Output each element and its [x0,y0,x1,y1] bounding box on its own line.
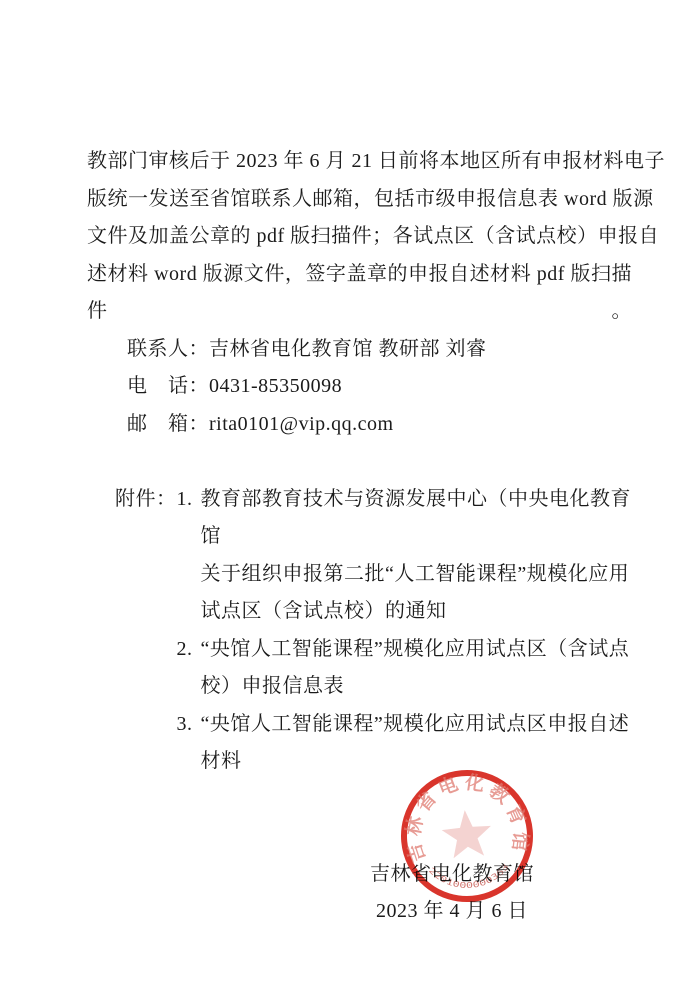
signature-date: 2023 年 4 月 6 日 [332,893,572,931]
paragraph-line-4: 述材料 word 版源文件，签字盖章的申报自述材料 pdf 版扫描件。 [87,256,632,331]
signature-org: 吉林省电化教育馆 [332,856,572,894]
attachment-item-2: 2. “央馆人工智能课程”规模化应用试点区（含试点 校）申报信息表 [177,631,633,706]
attachment-number: 2. [177,631,201,669]
attachment-3-line-2: 材料 [201,743,633,781]
body-paragraph: 教部门审核后于 2023 年 6 月 21 日前将本地区所有申报材料电子 版统一… [87,143,632,331]
attachments-block: 附件： 1. 教育部教育技术与资源发展中心（中央电化教育馆 关于组织申报第二批“… [115,481,632,781]
paragraph-line-2: 版统一发送至省馆联系人邮箱，包括市级申报信息表 word 版源 [87,181,632,219]
attachments-label: 附件： [115,481,177,519]
contact-email-line: 邮 箱：rita0101@vip.qq.com [127,406,632,444]
paragraph-line-1: 教部门审核后于 2023 年 6 月 21 日前将本地区所有申报材料电子 [87,143,632,181]
attachment-1-line-2: 关于组织申报第二批“人工智能课程”规模化应用 [201,556,633,594]
paragraph-line-3: 文件及加盖公章的 pdf 版扫描件；各试点区（含试点校）申报自 [87,218,632,256]
contact-phone-line: 电 话：0431-85350098 [127,368,632,406]
document-page: 教部门审核后于 2023 年 6 月 21 日前将本地区所有申报材料电子 版统一… [0,0,700,1006]
attachment-3-line-1: “央馆人工智能课程”规模化应用试点区申报自述 [201,706,633,744]
attachment-2-line-1: “央馆人工智能课程”规模化应用试点区（含试点 [201,631,633,669]
contact-block: 联系人：吉林省电化教育馆 教研部 刘睿 电 话：0431-85350098 邮 … [87,331,632,444]
attachment-1-line-1: 教育部教育技术与资源发展中心（中央电化教育馆 [201,481,633,556]
attachment-2-line-2: 校）申报信息表 [201,668,633,706]
attachment-number: 1. [177,481,201,519]
attachment-1-line-3: 试点区（含试点校）的通知 [201,593,633,631]
attachment-number: 3. [177,706,201,744]
attachments-list: 1. 教育部教育技术与资源发展中心（中央电化教育馆 关于组织申报第二批“人工智能… [177,481,633,781]
signature-block: 吉林省电化教育馆 2023 年 4 月 6 日 [332,856,572,931]
contact-person-line: 联系人：吉林省电化教育馆 教研部 刘睿 [127,331,632,369]
letter-body: 教部门审核后于 2023 年 6 月 21 日前将本地区所有申报材料电子 版统一… [0,0,700,931]
attachment-item-3: 3. “央馆人工智能课程”规模化应用试点区申报自述 材料 [177,706,633,781]
attachment-item-1: 1. 教育部教育技术与资源发展中心（中央电化教育馆 关于组织申报第二批“人工智能… [177,481,633,631]
